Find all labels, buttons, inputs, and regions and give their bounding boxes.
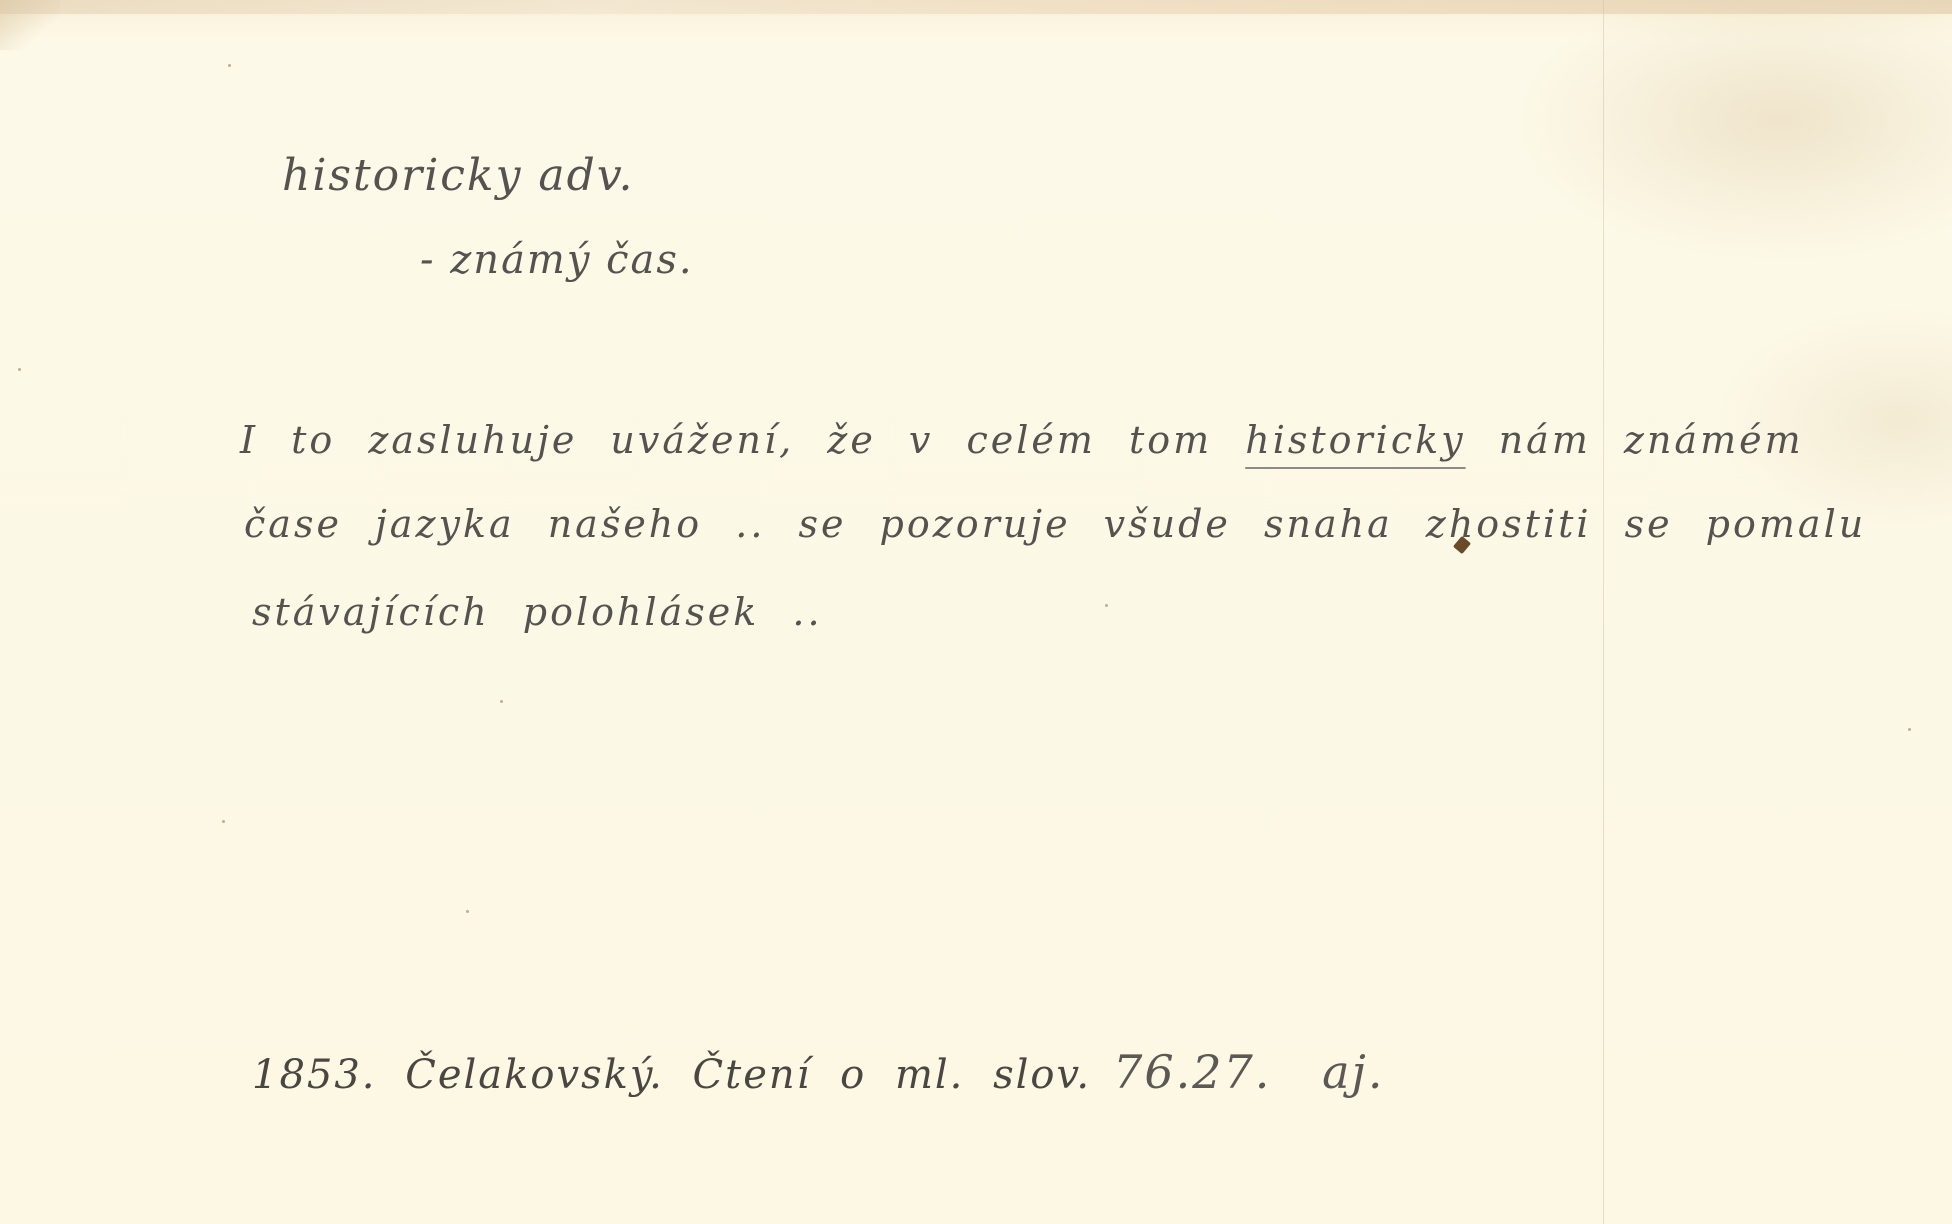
paper-speck [18, 368, 21, 371]
paper-speck [1908, 728, 1911, 731]
quote-underlined-keyword: historicky [1245, 418, 1465, 462]
headword: historicky adv. [282, 150, 634, 201]
citation: 1853. Čelakovský. Čtení o ml. slov.76.27… [252, 1045, 1384, 1099]
paper-speck [500, 700, 503, 703]
quote-line-1-after: nám známém [1466, 418, 1804, 462]
quote-line-1-before: I to zasluhuje uvážení, že v celém tom [240, 418, 1245, 462]
paper-speck [228, 64, 231, 67]
quote-line-3: stávajících polohlásek .. [252, 590, 823, 634]
sub-entry: - známý čas. [420, 237, 694, 283]
citation-source: 1853. Čelakovský. Čtení o ml. slov. [252, 1052, 1091, 1098]
paper-speck [222, 820, 225, 823]
paper-speck [466, 910, 469, 913]
citation-note: aj. [1322, 1045, 1384, 1099]
quote-line-2: čase jazyka našeho .. se pozoruje všude … [244, 502, 1866, 546]
paper-speck [1105, 604, 1108, 607]
lexical-card: historicky adv. - známý čas. I to zasluh… [0, 0, 1952, 1224]
citation-reference: 76.27. [1113, 1045, 1271, 1099]
card-top-edge [0, 0, 1952, 14]
quote-line-1: I to zasluhuje uvážení, že v celém tom h… [240, 418, 1804, 462]
card-fold-line [1603, 0, 1604, 1224]
card-corner-shadow [0, 0, 60, 50]
